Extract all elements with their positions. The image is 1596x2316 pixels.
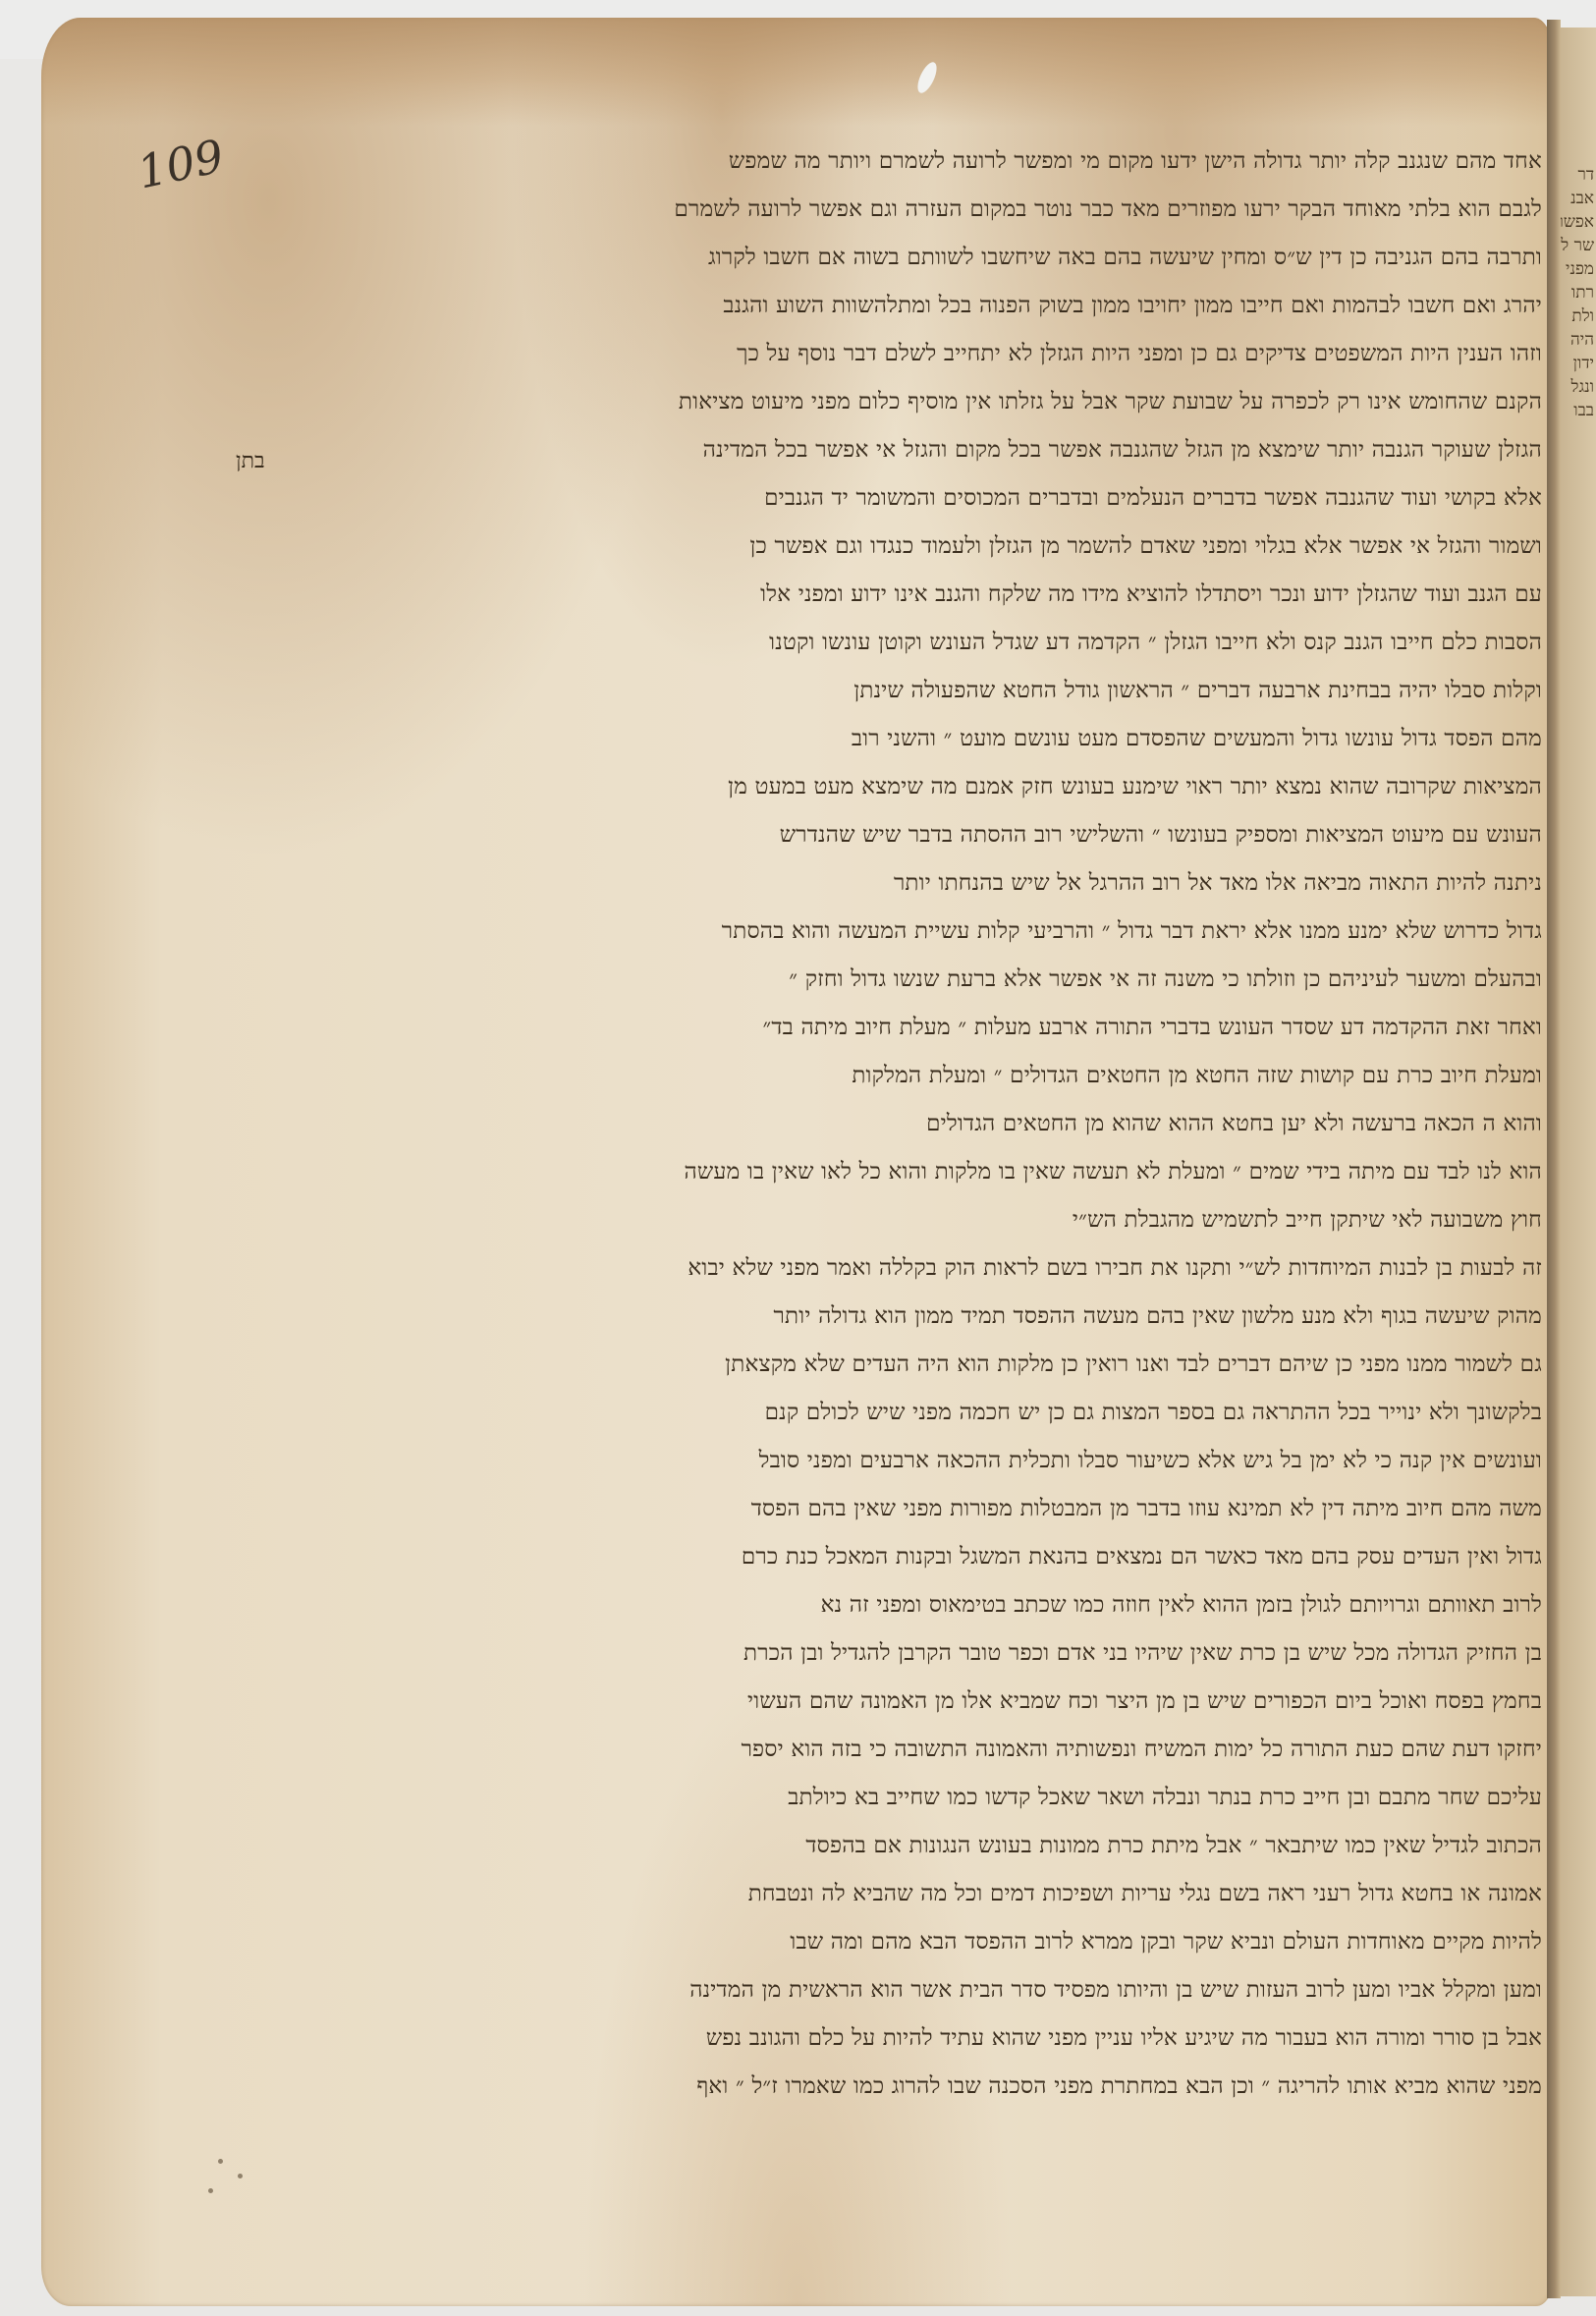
text-line: מהוק שיעשה בגוף ולא מנע מלשון שאין בהם מ… xyxy=(334,1293,1542,1341)
next-page-text-fragment: מפני xyxy=(1566,259,1594,279)
next-page-text-fragment: ולת xyxy=(1571,306,1594,326)
next-page-text-fragment: ידון xyxy=(1573,354,1594,373)
text-line: מהם הפסד גדול עונשו גדול והמעשים שהפסדם … xyxy=(334,715,1542,763)
text-line: ומעלת חיוב כרת עם קושות שזה החטא מן החטא… xyxy=(334,1052,1542,1100)
text-line: ואחר זאת ההקדמה דע שסדר העונש בדברי התור… xyxy=(334,1004,1542,1052)
text-line: מפני שהוא מביא אותו להריגה ״ וכן הבא במח… xyxy=(334,2063,1542,2111)
text-line: הכתוב לגדיל שאין כמו שיתבאר ״ אבל מיתת כ… xyxy=(334,1822,1542,1870)
text-line: והוא ה הכאה ברעשה ולא יען בחטא ההוא שהוא… xyxy=(334,1100,1542,1148)
text-line: גדול ואין העדים עסק בהם מאד כאשר הם נמצא… xyxy=(334,1533,1542,1581)
next-page-text-fragment: אבנ xyxy=(1570,189,1594,208)
next-page-text-fragment: דר xyxy=(1577,165,1594,185)
next-page-text-fragment: אפשר xyxy=(1561,212,1594,232)
text-line: אחד מהם שנגנב קלה יותר גדולה הישן ידעו מ… xyxy=(334,138,1542,186)
text-line: גם לשמור ממנו מפני כן שיהם דברים לבד ואנ… xyxy=(334,1341,1542,1389)
text-line: וזהו הענין היות המשפטים צדיקים גם כן ומפ… xyxy=(334,330,1542,378)
text-line: חוץ משבועה לאי שיתקן חייב לתשמיש מהגבלת … xyxy=(334,1196,1542,1244)
ink-speck xyxy=(208,2188,213,2193)
text-line: ניתנה להיות התאוה מביאה אלו מאד אל רוב ה… xyxy=(334,859,1542,908)
text-line: לרוב תאוותם וגרויותם לגולן בזמן ההוא לאי… xyxy=(334,1581,1542,1629)
text-line: הסבות כלם חייבו הגנב קנס ולא חייבו הגזלן… xyxy=(334,619,1542,667)
main-text-block: אחד מהם שנגנב קלה יותר גדולה הישן ידעו מ… xyxy=(334,138,1542,2111)
text-line: ותרבה בהם הגניבה כן דין ש״ס ומחין שיעשה … xyxy=(334,234,1542,282)
text-line: אמונה או בחטא גדול רעני ראה בשם נגלי ערי… xyxy=(334,1870,1542,1918)
text-line: עם הגנב ועוד שהגזלן ידוע ונכר ויסתדלו לה… xyxy=(334,571,1542,619)
book-gutter xyxy=(1547,20,1561,2298)
text-line: הקנם שהחומש אינו רק לכפרה על שבועת שקר א… xyxy=(334,378,1542,426)
text-line: ועונשים אין קנה כי לא ימן בל גיש אלא כשי… xyxy=(334,1437,1542,1485)
text-line: בן החזיק הגדולה מכל שיש בן כרת שאין שיהי… xyxy=(334,1629,1542,1678)
text-line: וקלות סבלו יהיה בבחינת ארבעה דברים ״ הרא… xyxy=(334,667,1542,715)
text-line: ובהעלם ומשער לעיניהם כן וזולתו כי משנה ז… xyxy=(334,956,1542,1004)
text-line: בלקשונך ולא ינוייר בכל ההתראה גם בספר המ… xyxy=(334,1389,1542,1437)
text-line: לגבם הוא בלתי מאוחד הבקר ירעו מפוזרים מא… xyxy=(334,186,1542,234)
text-line: העונש עם מיעוט המציאות ומספיק בעונשו ״ ו… xyxy=(334,811,1542,859)
text-line: המציאות שקרובה שהוא נמצא יותר ראוי שימנע… xyxy=(334,763,1542,811)
text-line: בחמץ בפסח ואוכל ביום הכפורים שיש בן מן ה… xyxy=(334,1678,1542,1726)
text-line: הוא לנו לבד עם מיתה בידי שמים ״ ומעלת לא… xyxy=(334,1148,1542,1196)
text-line: אבל בן סורר ומורה הוא בעבור מה שיגיע אלי… xyxy=(334,2014,1542,2063)
text-line: ומען ומקלל אביו ומען לרוב העזות שיש בן ו… xyxy=(334,1966,1542,2014)
text-line: זה לבעות בן לבנות המיוחדות לש״י ותקנו את… xyxy=(334,1244,1542,1293)
next-page-text-fragment: היה xyxy=(1570,330,1594,350)
water-stain xyxy=(41,18,1554,126)
ink-speck xyxy=(218,2159,223,2164)
text-line: ושמור והגזל אי אפשר אלא בגלוי ומפני שאדם… xyxy=(334,523,1542,571)
next-page-text-fragment: בבו xyxy=(1573,401,1594,420)
text-line: אלא בקושי ועוד שהגנבה אפשר בדברים הנעלמי… xyxy=(334,474,1542,523)
next-page-edge: דראבנאפשרשר לומפנירתוולתהיהידוןונגלבבו xyxy=(1561,28,1596,2296)
text-line: הגזלן שעוקר הגנבה יותר שימצא מן הגזל שהג… xyxy=(334,426,1542,474)
marginal-gloss: בתן xyxy=(236,448,265,473)
text-line: להיות מקיים מאוחדות העולם ונביא שקר ובקן… xyxy=(334,1918,1542,1966)
next-page-text-fragment: רתו xyxy=(1571,283,1594,303)
next-page-text-fragment: ונגל xyxy=(1571,377,1594,397)
text-line: יהרג ואם חשבו לבהמות ואם חייבו ממון יחוי… xyxy=(334,282,1542,330)
text-line: עליכם שחר מתבם ובן חייב כרת בנתר ונבלה ו… xyxy=(334,1774,1542,1822)
ink-speck xyxy=(238,2174,243,2178)
text-line: יחזקו דעת שהם כעת התורה כל ימות המשיח ונ… xyxy=(334,1726,1542,1774)
next-page-text-fragment: שר לו xyxy=(1561,236,1594,255)
text-line: גדול כדרוש שלא ימנע ממנו אלא יראת דבר גד… xyxy=(334,908,1542,956)
text-line: משה מהם חיוב מיתה דין לא תמינא עוזו בדבר… xyxy=(334,1485,1542,1533)
